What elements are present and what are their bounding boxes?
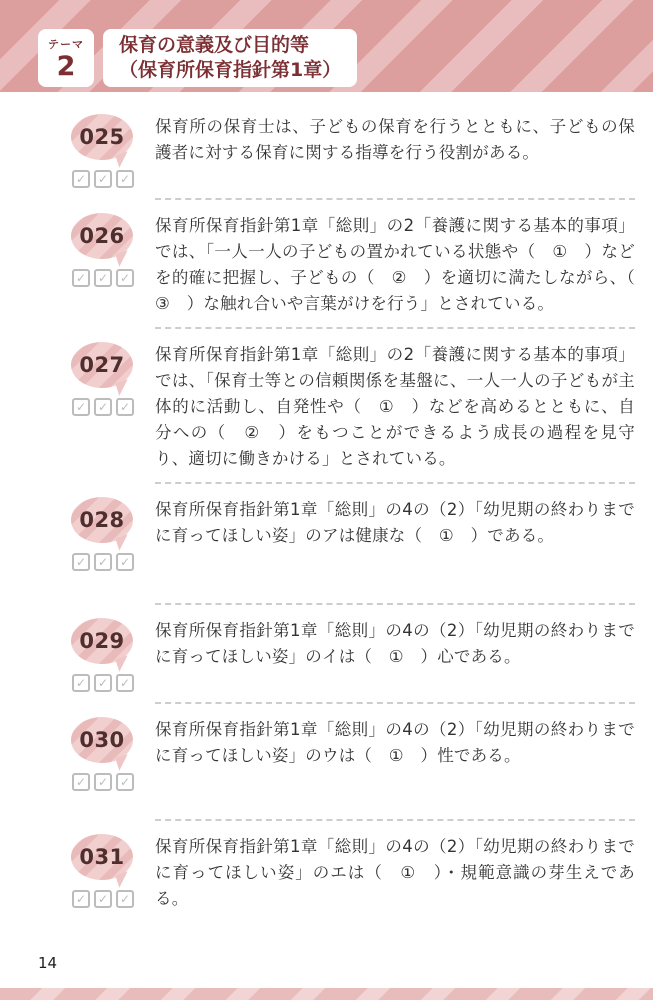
workbook-page: テーマ 2 保育の意義及び目的等 （保育所保育指針第1章） 025 ✓ ✓ ✓ … <box>0 0 653 1000</box>
question-number-bubble: 029 <box>71 618 133 664</box>
footer-stripe-band <box>0 988 653 1000</box>
question-marker-column: 030 ✓ ✓ ✓ <box>38 717 155 791</box>
answer-checkbox[interactable]: ✓ <box>72 674 90 692</box>
check-icon: ✓ <box>98 775 108 789</box>
answer-checkbox[interactable]: ✓ <box>116 170 134 188</box>
question-number-bubble: 031 <box>71 834 133 880</box>
check-icon: ✓ <box>120 271 130 285</box>
answer-checkboxes: ✓ ✓ ✓ <box>71 269 155 287</box>
question-number: 030 <box>79 728 124 752</box>
question-text: 保育所の保育士は、子どもの保育を行うとともに、子どもの保護者に対する保育に関する… <box>155 114 635 166</box>
check-icon: ✓ <box>98 172 108 186</box>
answer-checkboxes: ✓ ✓ ✓ <box>71 170 155 188</box>
question-marker-column: 026 ✓ ✓ ✓ <box>38 213 155 287</box>
check-icon: ✓ <box>120 172 130 186</box>
answer-checkbox[interactable]: ✓ <box>116 674 134 692</box>
question-text: 保育所保育指針第1章「総則」の4の（2）「幼児期の終わりまでに育ってほしい姿」の… <box>155 717 635 769</box>
answer-checkbox[interactable]: ✓ <box>72 553 90 571</box>
page-title-line1: 保育の意義及び目的等 <box>119 33 341 58</box>
question-number-bubble: 026 <box>71 213 133 259</box>
question-item-030: 030 ✓ ✓ ✓ 保育所保育指針第1章「総則」の4の（2）「幼児期の終わりまで… <box>38 717 635 791</box>
answer-checkbox[interactable]: ✓ <box>72 269 90 287</box>
question-number: 031 <box>79 845 124 869</box>
question-number: 026 <box>79 224 124 248</box>
answer-checkboxes: ✓ ✓ ✓ <box>71 890 155 908</box>
theme-label: テーマ <box>48 36 84 52</box>
question-number-bubble: 030 <box>71 717 133 763</box>
answer-checkboxes: ✓ ✓ ✓ <box>71 398 155 416</box>
question-marker-column: 031 ✓ ✓ ✓ <box>38 834 155 908</box>
answer-checkbox[interactable]: ✓ <box>94 773 112 791</box>
question-item-026: 026 ✓ ✓ ✓ 保育所保育指針第1章「総則」の2「養護に関する基本的事項」で… <box>38 213 635 317</box>
page-title-line2: （保育所保育指針第1章） <box>119 58 341 83</box>
question-text: 保育所保育指針第1章「総則」の4の（2）「幼児期の終わりまでに育ってほしい姿」の… <box>155 618 635 670</box>
answer-checkbox[interactable]: ✓ <box>116 890 134 908</box>
answer-checkbox[interactable]: ✓ <box>72 890 90 908</box>
question-marker-column: 025 ✓ ✓ ✓ <box>38 114 155 188</box>
answer-checkbox[interactable]: ✓ <box>94 398 112 416</box>
answer-checkboxes: ✓ ✓ ✓ <box>71 773 155 791</box>
question-separator <box>155 702 635 704</box>
check-icon: ✓ <box>120 676 130 690</box>
question-number: 027 <box>79 353 124 377</box>
check-icon: ✓ <box>76 555 86 569</box>
check-icon: ✓ <box>76 775 86 789</box>
check-icon: ✓ <box>120 555 130 569</box>
answer-checkbox[interactable]: ✓ <box>94 170 112 188</box>
check-icon: ✓ <box>98 271 108 285</box>
question-number: 025 <box>79 125 124 149</box>
question-separator <box>155 819 635 821</box>
answer-checkbox[interactable]: ✓ <box>94 890 112 908</box>
check-icon: ✓ <box>76 400 86 414</box>
theme-number: 2 <box>57 53 76 80</box>
question-text: 保育所保育指針第1章「総則」の4の（2）「幼児期の終わりまでに育ってほしい姿」の… <box>155 834 635 912</box>
answer-checkbox[interactable]: ✓ <box>116 773 134 791</box>
question-item-027: 027 ✓ ✓ ✓ 保育所保育指針第1章「総則」の2「養護に関する基本的事項」で… <box>38 342 635 472</box>
answer-checkbox[interactable]: ✓ <box>72 170 90 188</box>
question-text: 保育所保育指針第1章「総則」の4の（2）「幼児期の終わりまでに育ってほしい姿」の… <box>155 497 635 549</box>
page-title: 保育の意義及び目的等 （保育所保育指針第1章） <box>103 29 357 87</box>
question-number-bubble: 028 <box>71 497 133 543</box>
answer-checkbox[interactable]: ✓ <box>116 269 134 287</box>
question-number: 029 <box>79 629 124 653</box>
check-icon: ✓ <box>120 892 130 906</box>
header-stripe-band: テーマ 2 保育の意義及び目的等 （保育所保育指針第1章） <box>0 0 653 92</box>
answer-checkboxes: ✓ ✓ ✓ <box>71 674 155 692</box>
answer-checkbox[interactable]: ✓ <box>94 674 112 692</box>
check-icon: ✓ <box>98 892 108 906</box>
check-icon: ✓ <box>98 676 108 690</box>
theme-badge: テーマ 2 <box>38 29 94 87</box>
question-number-bubble: 025 <box>71 114 133 160</box>
check-icon: ✓ <box>98 555 108 569</box>
check-icon: ✓ <box>76 892 86 906</box>
answer-checkbox[interactable]: ✓ <box>116 398 134 416</box>
question-number: 028 <box>79 508 124 532</box>
question-separator <box>155 327 635 329</box>
check-icon: ✓ <box>98 400 108 414</box>
question-item-029: 029 ✓ ✓ ✓ 保育所保育指針第1章「総則」の4の（2）「幼児期の終わりまで… <box>38 618 635 692</box>
check-icon: ✓ <box>120 400 130 414</box>
answer-checkbox[interactable]: ✓ <box>116 553 134 571</box>
answer-checkboxes: ✓ ✓ ✓ <box>71 553 155 571</box>
check-icon: ✓ <box>76 271 86 285</box>
answer-checkbox[interactable]: ✓ <box>72 398 90 416</box>
question-text: 保育所保育指針第1章「総則」の2「養護に関する基本的事項」では、「保育士等との信… <box>155 342 635 472</box>
answer-checkbox[interactable]: ✓ <box>72 773 90 791</box>
question-text: 保育所保育指針第1章「総則」の2「養護に関する基本的事項」では、「一人一人の子ど… <box>155 213 635 317</box>
question-separator <box>155 198 635 200</box>
question-number-bubble: 027 <box>71 342 133 388</box>
question-item-031: 031 ✓ ✓ ✓ 保育所保育指針第1章「総則」の4の（2）「幼児期の終わりまで… <box>38 834 635 912</box>
check-icon: ✓ <box>76 676 86 690</box>
question-marker-column: 027 ✓ ✓ ✓ <box>38 342 155 416</box>
question-list: 025 ✓ ✓ ✓ 保育所の保育士は、子どもの保育を行うとともに、子どもの保護者… <box>0 92 653 912</box>
check-icon: ✓ <box>120 775 130 789</box>
answer-checkbox[interactable]: ✓ <box>94 553 112 571</box>
question-marker-column: 029 ✓ ✓ ✓ <box>38 618 155 692</box>
question-marker-column: 028 ✓ ✓ ✓ <box>38 497 155 571</box>
question-separator <box>155 603 635 605</box>
page-number: 14 <box>38 954 57 972</box>
question-separator <box>155 482 635 484</box>
question-item-028: 028 ✓ ✓ ✓ 保育所保育指針第1章「総則」の4の（2）「幼児期の終わりまで… <box>38 497 635 571</box>
answer-checkbox[interactable]: ✓ <box>94 269 112 287</box>
check-icon: ✓ <box>76 172 86 186</box>
question-item-025: 025 ✓ ✓ ✓ 保育所の保育士は、子どもの保育を行うとともに、子どもの保護者… <box>38 114 635 188</box>
